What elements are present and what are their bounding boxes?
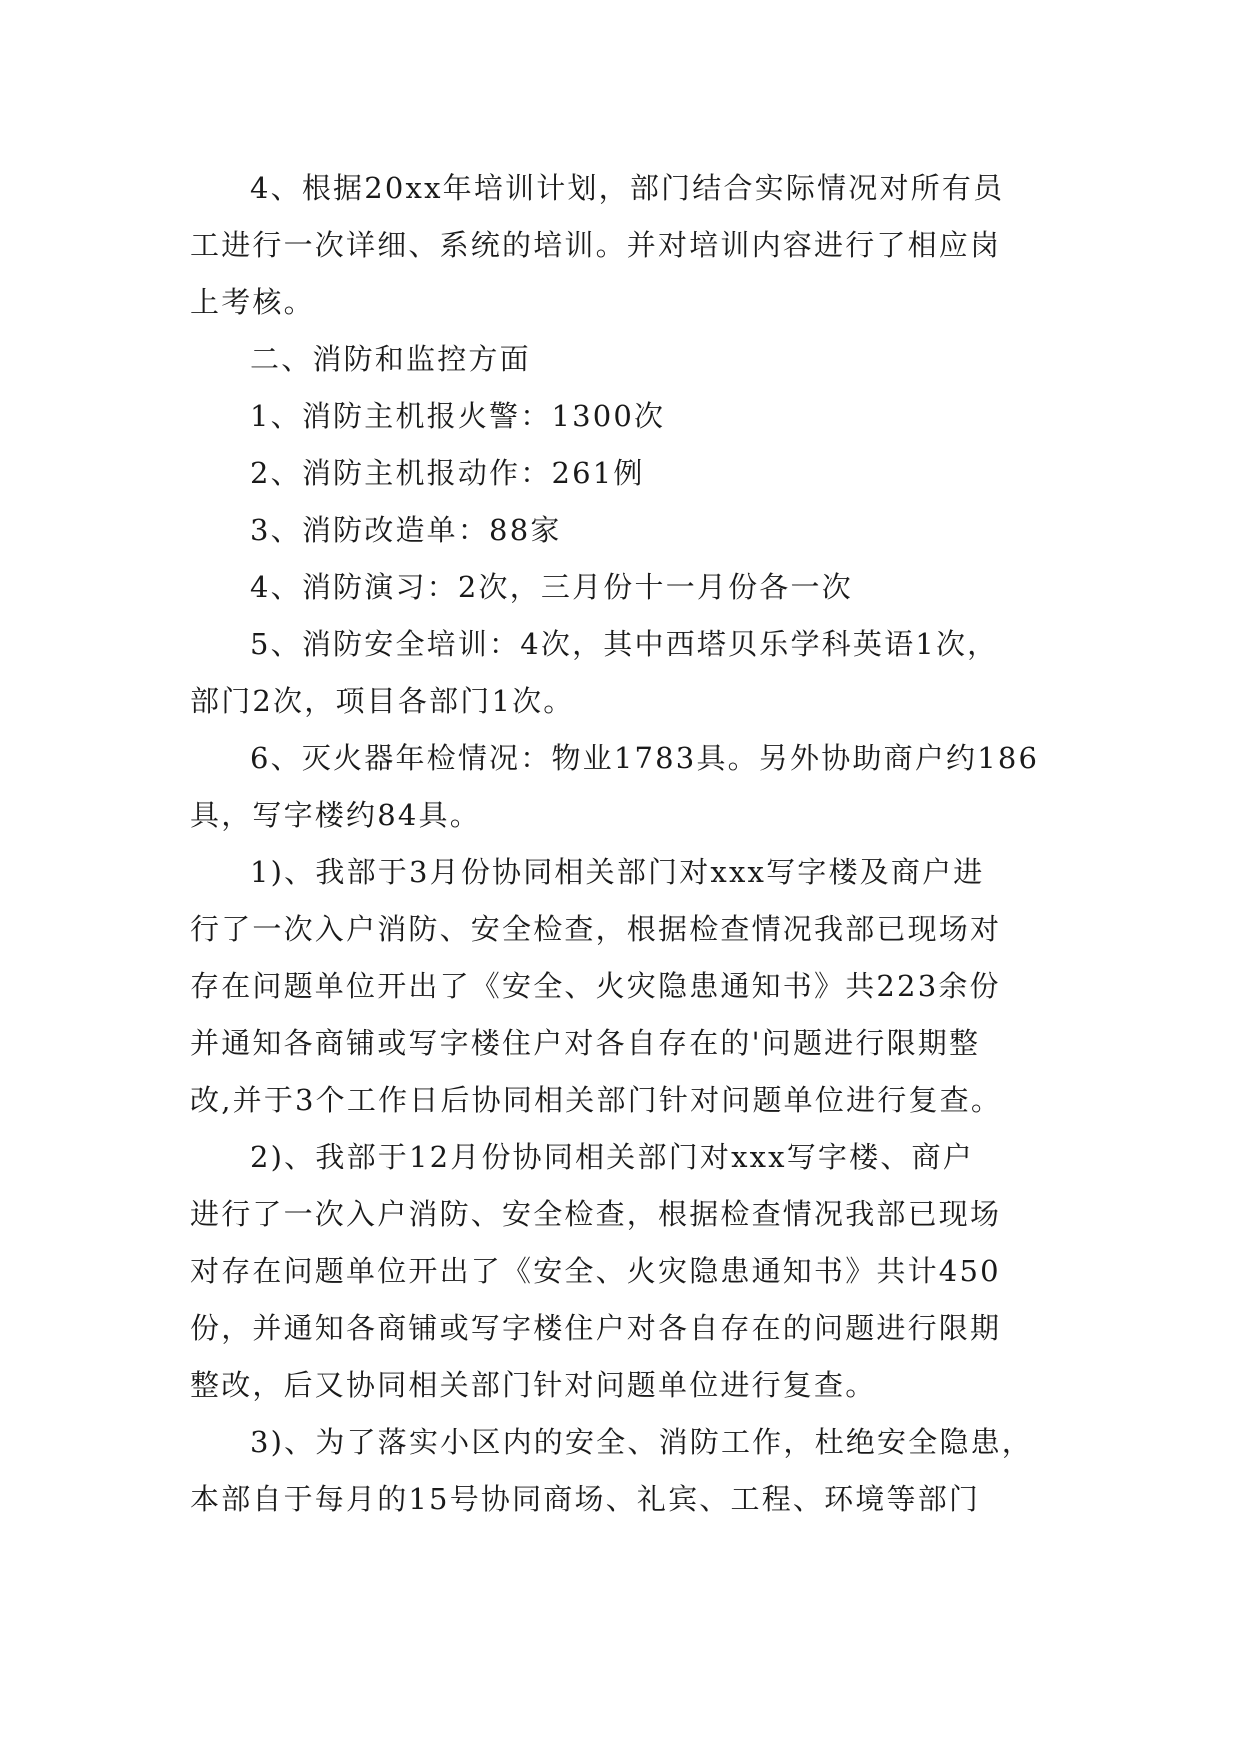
paragraph-line: 改,并于3个工作日后协同相关部门针对问题单位进行复查。 [190,1080,1002,1120]
sub-item: 3)、为了落实小区内的安全、消防工作，杜绝安全隐患， [250,1422,1033,1462]
sub-item: 2)、我部于12月份协同相关部门对xxx写字楼、商户 [250,1137,974,1177]
list-item: 6、灭火器年检情况：物业1783具。另外协助商户约186 [250,738,1039,778]
list-item: 4、消防演习：2次，三月份十一月份各一次 [250,567,853,607]
paragraph-line: 上考核。 [190,282,315,322]
paragraph-line: 并通知各商铺或写字楼住户对各自存在的'问题进行限期整 [190,1023,980,1063]
paragraph-line: 部门2次，项目各部门1次。 [190,681,575,721]
section-heading: 二、消防和监控方面 [250,339,531,379]
document-page: 4、根据20xx年培训计划，部门结合实际情况对所有员 工进行一次详细、系统的培训… [0,0,1241,1754]
list-item: 1、消防主机报火警：1300次 [250,396,665,436]
list-item: 3、消防改造单：88家 [250,510,562,550]
paragraph-line: 份，并通知各商铺或写字楼住户对各自存在的问题进行限期 [190,1308,1001,1348]
paragraph-line: 对存在问题单位开出了《安全、火灾隐患通知书》共计450 [190,1251,1001,1291]
sub-item: 1)、我部于3月份协同相关部门对xxx写字楼及商户进 [250,852,984,892]
paragraph-line: 整改，后又协同相关部门针对问题单位进行复查。 [190,1365,876,1405]
paragraph-line: 存在问题单位开出了《安全、火灾隐患通知书》共223余份 [190,966,1001,1006]
paragraph-line: 进行了一次入户消防、安全检查，根据检查情况我部已现场 [190,1194,1001,1234]
list-item: 5、消防安全培训：4次，其中西塔贝乐学科英语1次， [250,624,998,664]
paragraph-line: 行了一次入户消防、安全检查，根据检查情况我部已现场对 [190,909,1001,949]
paragraph-line: 4、根据20xx年培训计划，部门结合实际情况对所有员 [250,168,1004,208]
paragraph-line: 具，写字楼约84具。 [190,795,481,835]
list-item: 2、消防主机报动作：261例 [250,453,645,493]
paragraph-line: 本部自于每月的15号协同商场、礼宾、工程、环境等部门 [190,1479,980,1519]
paragraph-line: 工进行一次详细、系统的培训。并对培训内容进行了相应岗 [190,225,1001,265]
